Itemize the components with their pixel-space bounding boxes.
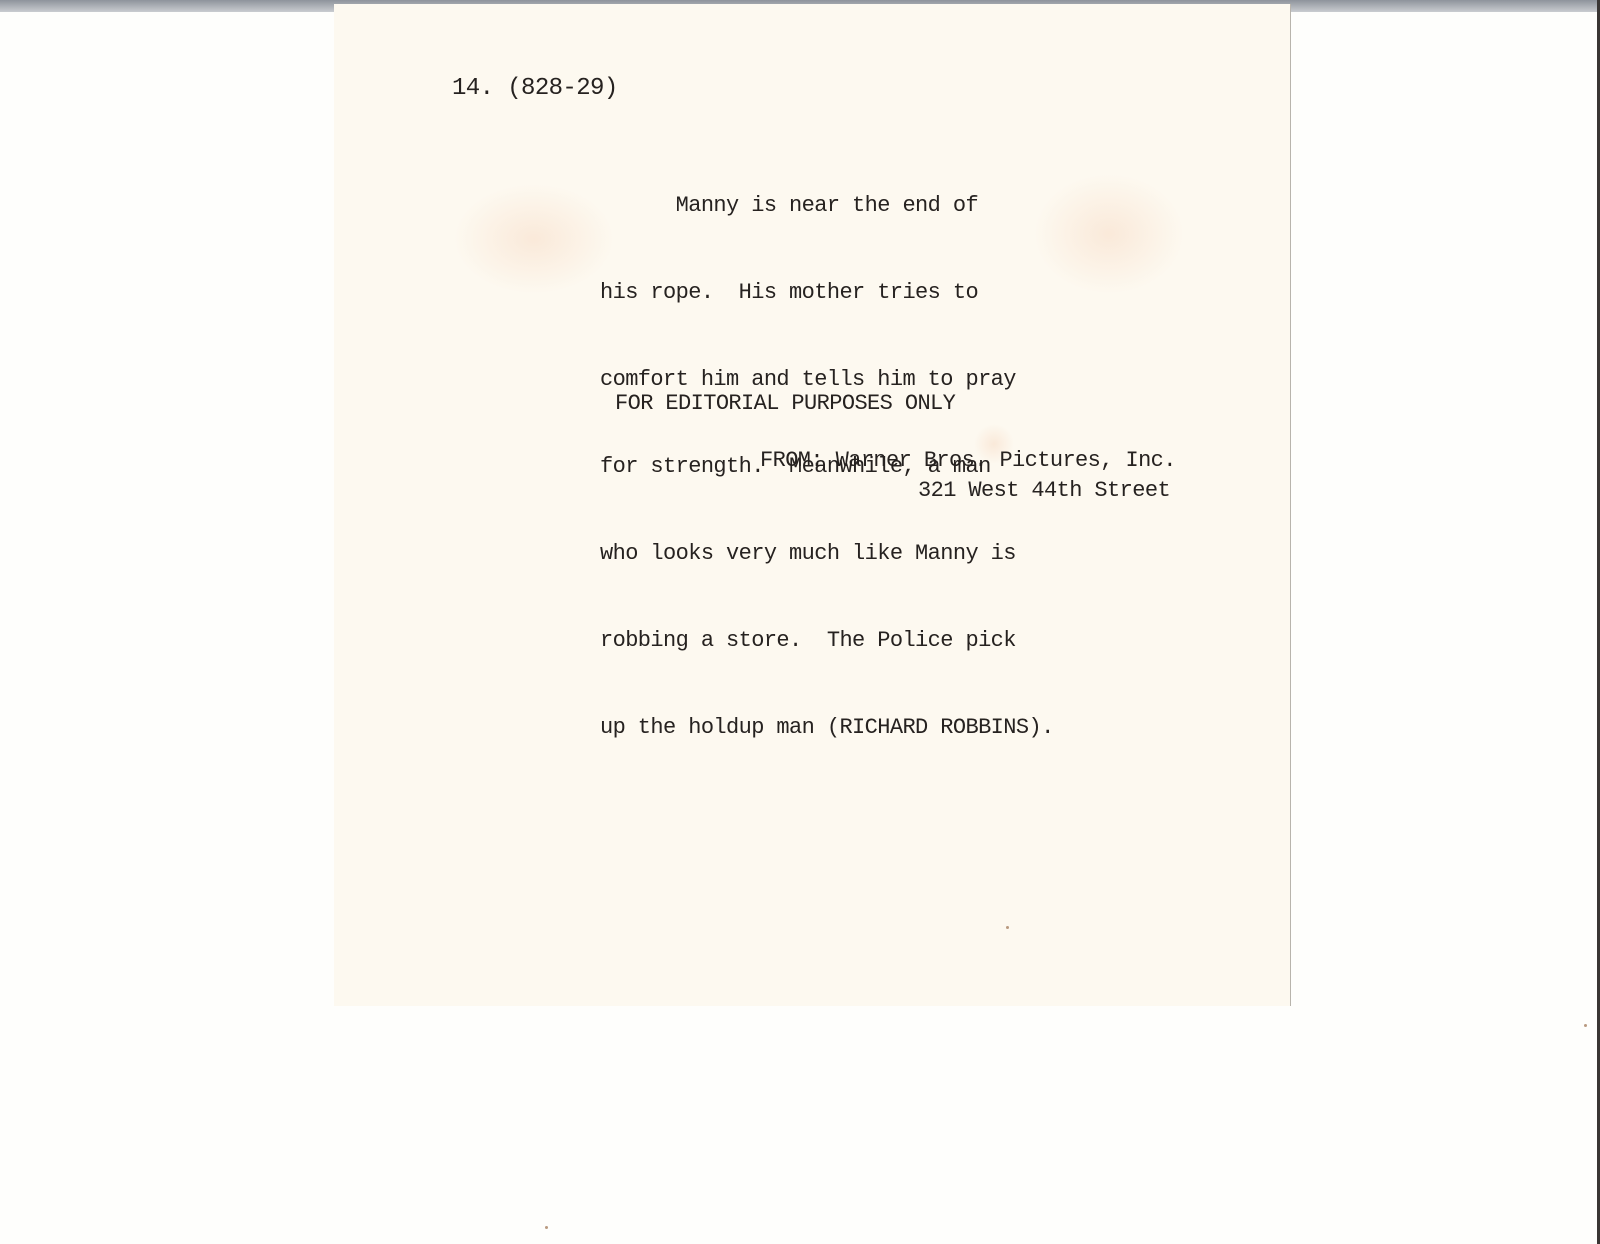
paper-stain [1034,174,1184,294]
still-reference-number: 14. (828-29) [452,75,618,102]
synopsis-line: Manny is near the end of [600,191,1054,220]
editorial-notice: FOR EDITORIAL PURPOSES ONLY [615,391,955,416]
synopsis-line: who looks very much like Manny is [600,539,1054,568]
synopsis-line: up the holdup man (RICHARD ROBBINS). [600,713,1054,742]
from-line: FROM: Warner Bros. Pictures, Inc. [760,448,1176,473]
paper-speck [1006,926,1009,929]
synopsis-line: his rope. His mother tries to [600,278,1054,307]
paper-speck [1584,1024,1587,1027]
paper-speck [545,1226,548,1229]
paper-stain [454,184,614,294]
synopsis-line: comfort him and tells him to pray [600,365,1054,394]
synopsis-line: robbing a store. The Police pick [600,626,1054,655]
address-line: 321 West 44th Street [918,478,1170,503]
